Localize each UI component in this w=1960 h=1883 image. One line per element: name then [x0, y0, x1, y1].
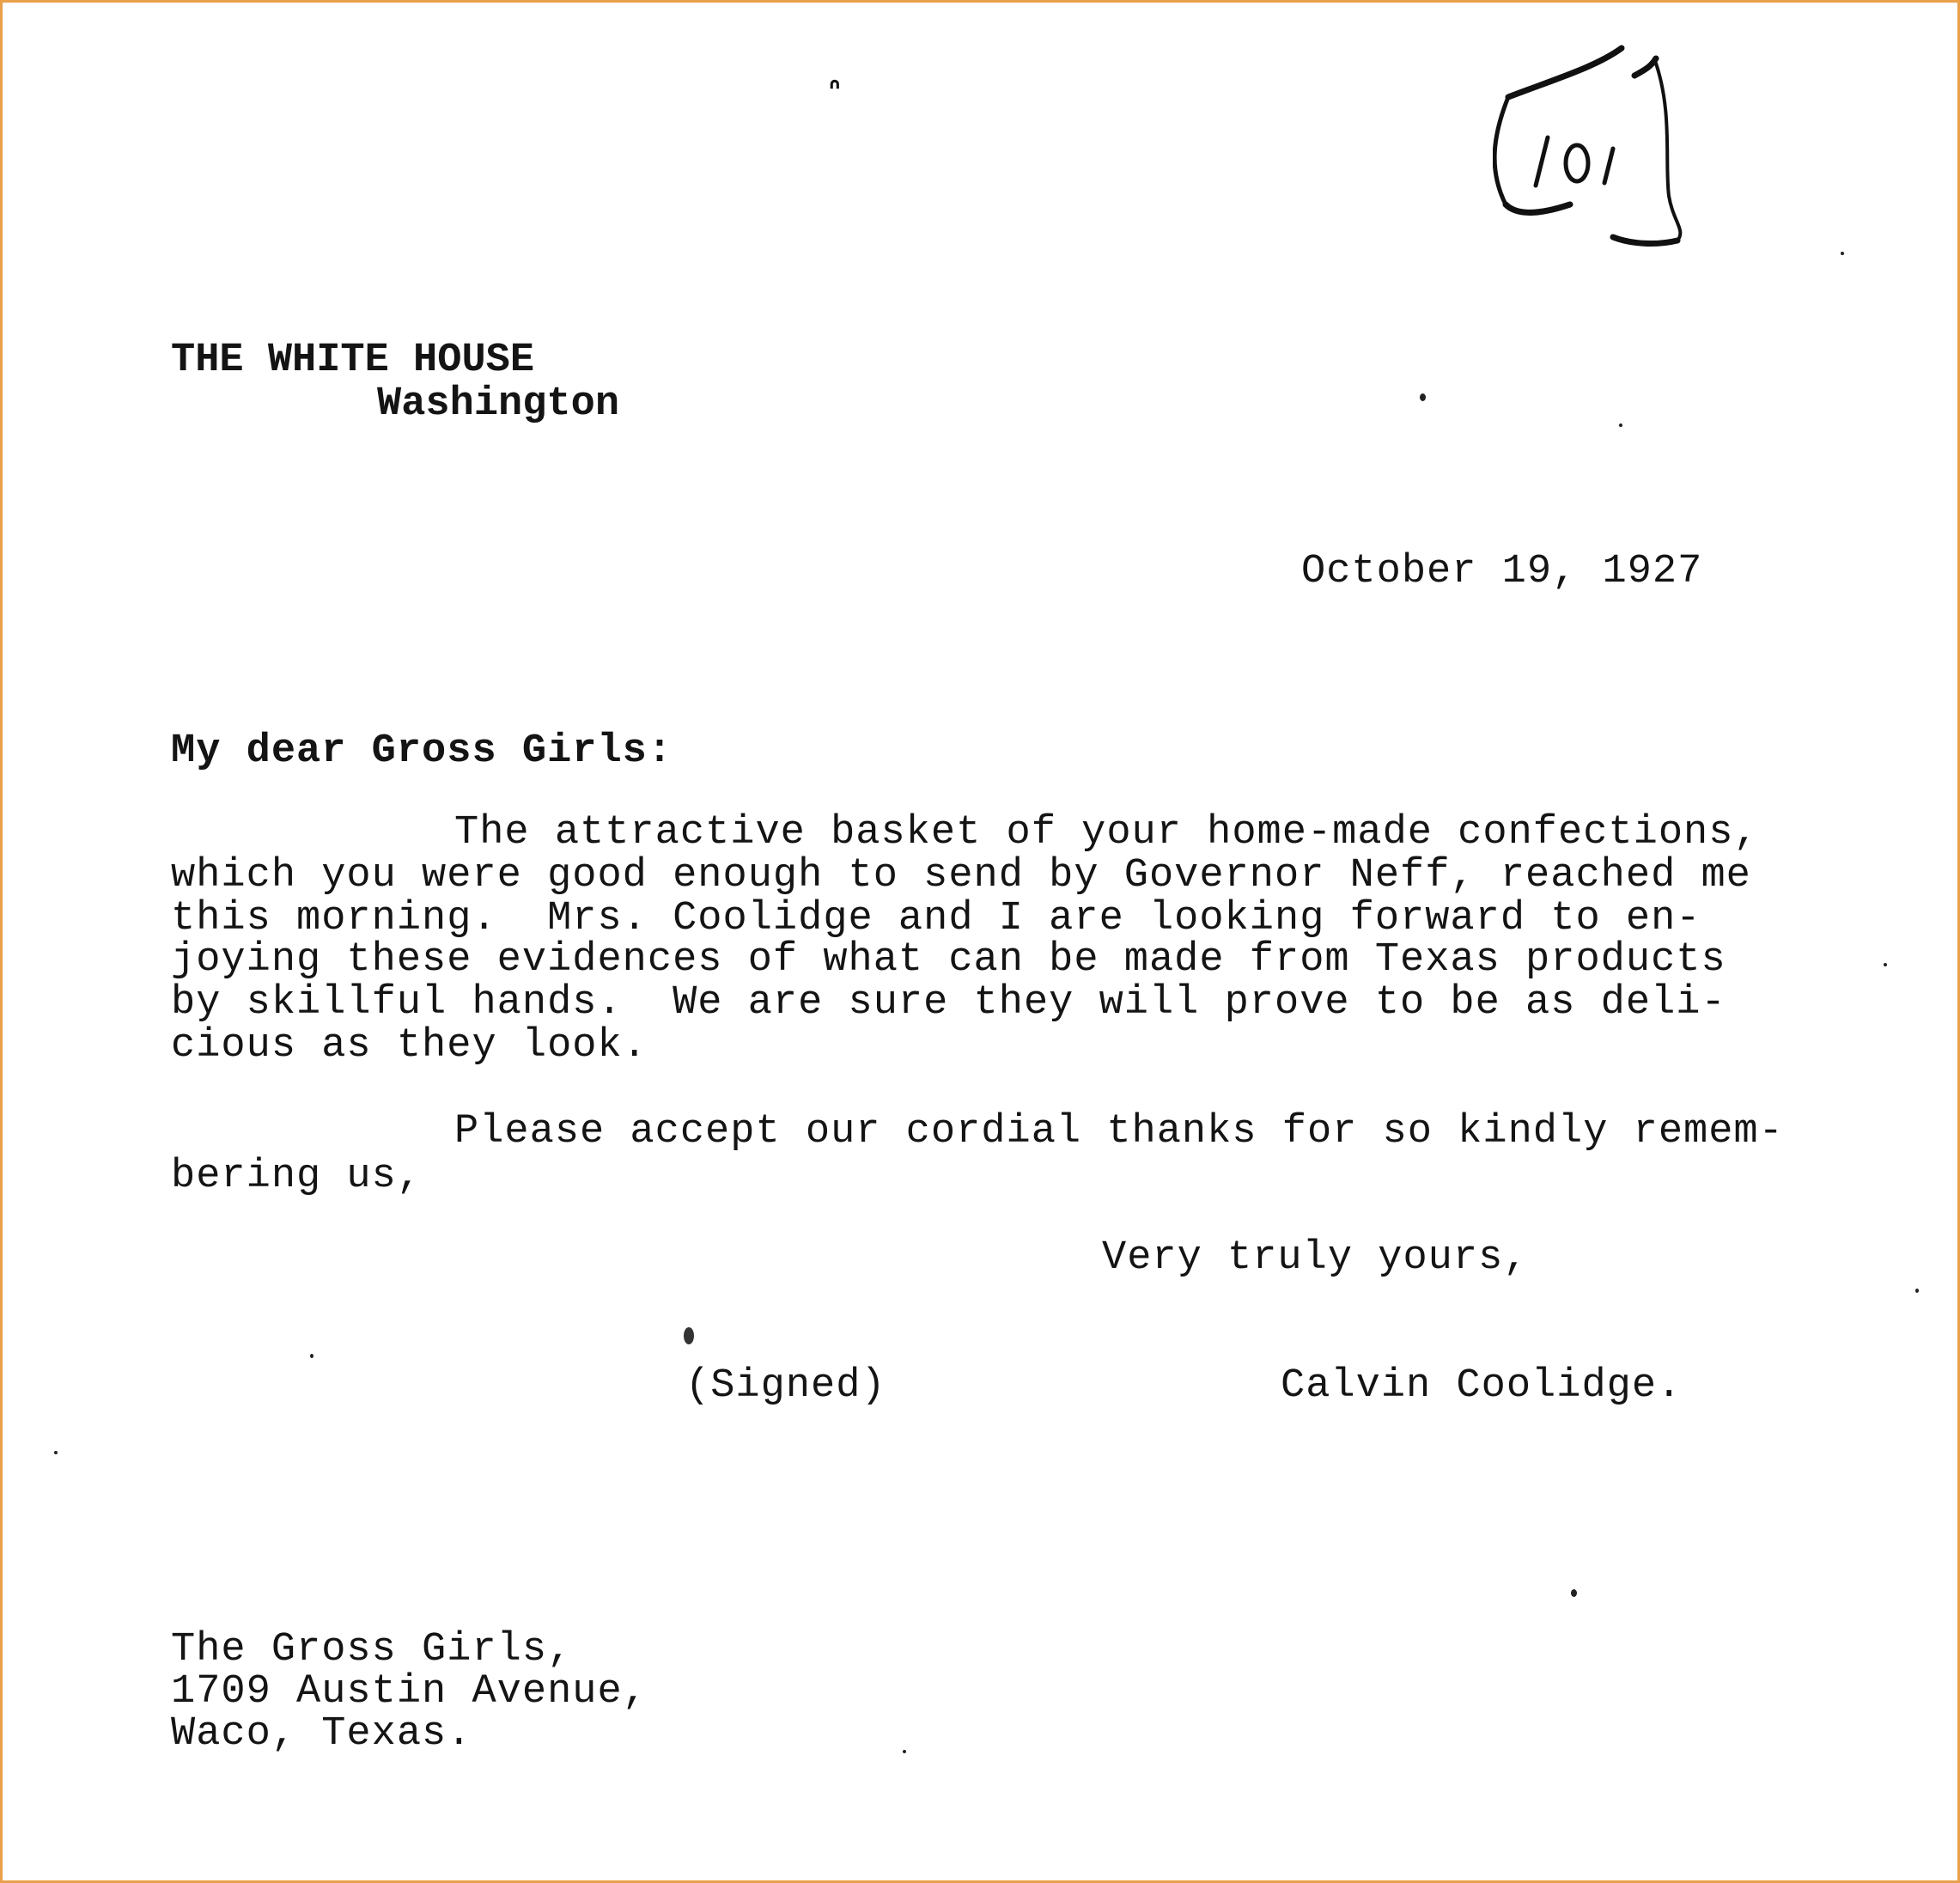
address-line: The Gross Girls,	[171, 1629, 572, 1672]
scan-speck	[1420, 393, 1426, 401]
scan-speck	[310, 1354, 313, 1358]
scan-speck	[684, 1327, 694, 1344]
letter-date: October 19, 1927	[1301, 551, 1702, 594]
letterhead-city: Washington	[377, 383, 619, 426]
scan-speck	[54, 1451, 58, 1454]
letterhead-title: THE WHITE HOUSE	[171, 339, 534, 382]
body-line: bering us,	[171, 1155, 422, 1198]
address-line: 1709 Austin Avenue,	[171, 1671, 648, 1714]
body-line: which you were good enough to send by Go…	[171, 855, 1751, 898]
scan-speck	[1619, 424, 1622, 427]
salutation: My dear Gross Girls:	[171, 730, 673, 773]
scan-speck	[903, 1750, 906, 1753]
signed-note: (Signed)	[685, 1365, 886, 1408]
address-line: Waco, Texas.	[171, 1713, 472, 1756]
handwritten-archive-number	[1493, 41, 1853, 247]
signatory-name: Calvin Coolidge.	[1281, 1365, 1682, 1408]
body-line: by skillful hands. We are sure they will…	[171, 982, 1726, 1025]
body-line: Please accept our cordial thanks for so …	[454, 1111, 1784, 1154]
scanned-letter-page: ᐢ THE WHITE HOUSE Washington October 19,…	[0, 0, 1960, 1883]
body-line: joying these evidences of what can be ma…	[171, 939, 1726, 982]
complimentary-close: Very truly yours,	[1102, 1237, 1528, 1280]
scan-speck	[1571, 1589, 1577, 1597]
body-line: The attractive basket of your home-made …	[454, 812, 1759, 855]
stray-mark: ᐢ	[829, 71, 841, 114]
scan-speck	[1841, 252, 1844, 255]
body-line: this morning. Mrs. Coolidge and I are lo…	[171, 898, 1701, 941]
scan-speck	[1884, 963, 1887, 966]
body-line: cious as they look.	[171, 1025, 648, 1068]
scan-speck	[1915, 1289, 1919, 1293]
